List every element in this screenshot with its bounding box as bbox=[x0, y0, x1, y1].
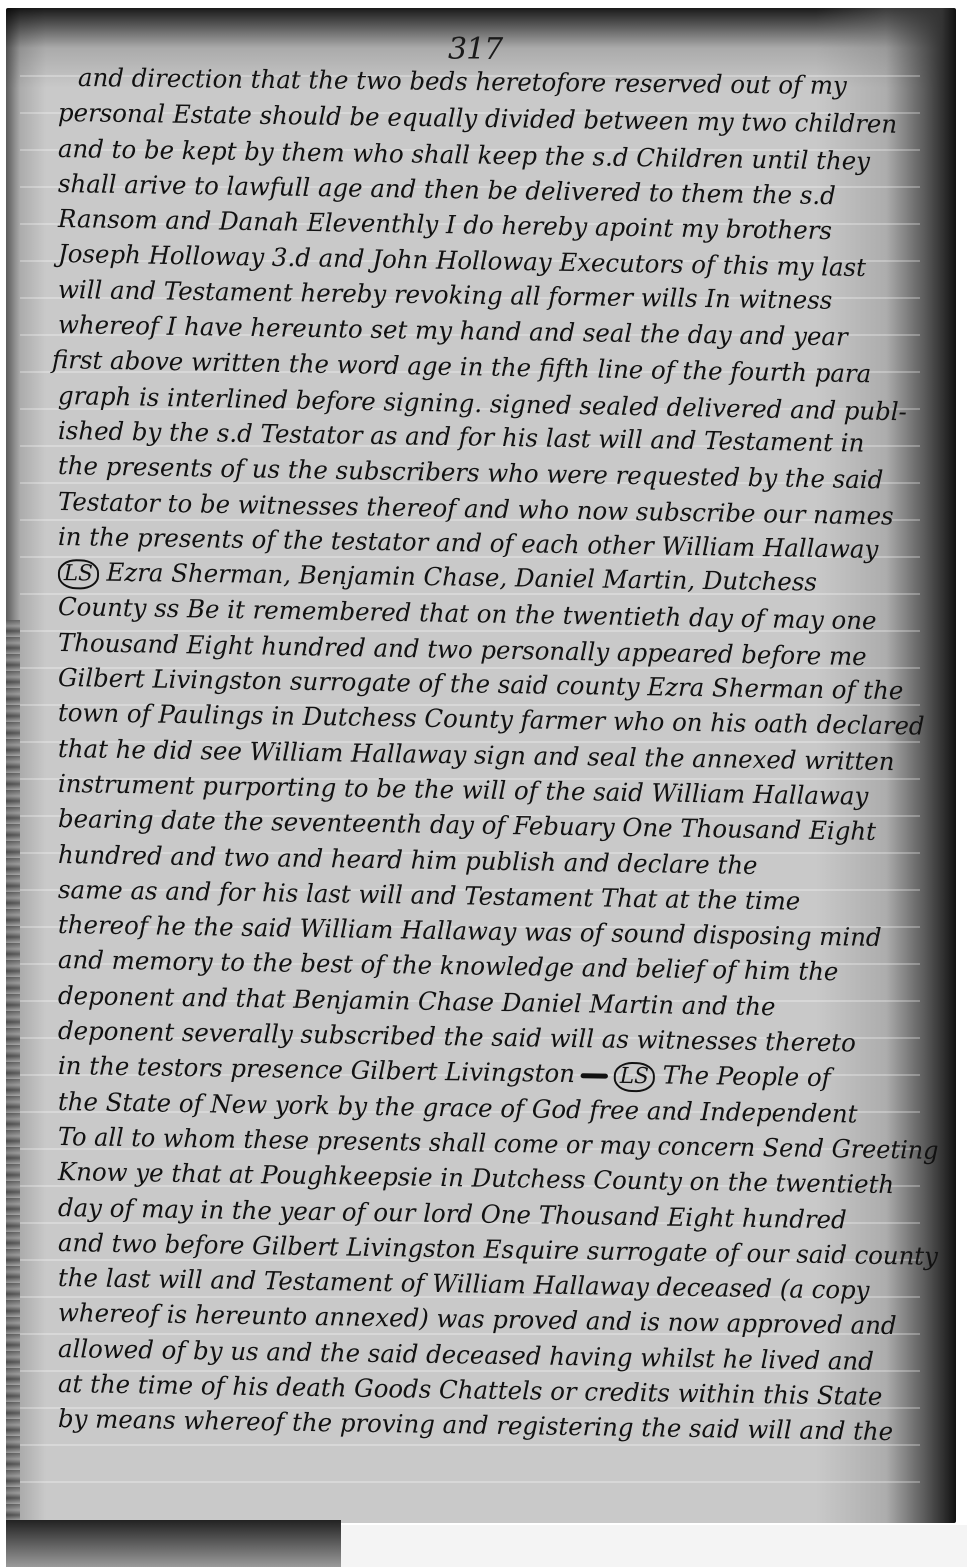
page-binding-edge bbox=[6, 620, 20, 1520]
scan-margin bbox=[341, 1525, 967, 1567]
handwritten-text-body: and direction that the two beds heretofo… bbox=[58, 60, 938, 1437]
text-line: in the testors presence Gilbert Livingst… bbox=[58, 1051, 575, 1088]
seal-mark-ls: LS bbox=[58, 559, 99, 590]
dash-stroke bbox=[581, 1074, 608, 1079]
scan-shadow bbox=[6, 1520, 341, 1567]
text-line: The People of bbox=[662, 1061, 831, 1093]
seal-mark-ls: LS bbox=[614, 1062, 655, 1093]
